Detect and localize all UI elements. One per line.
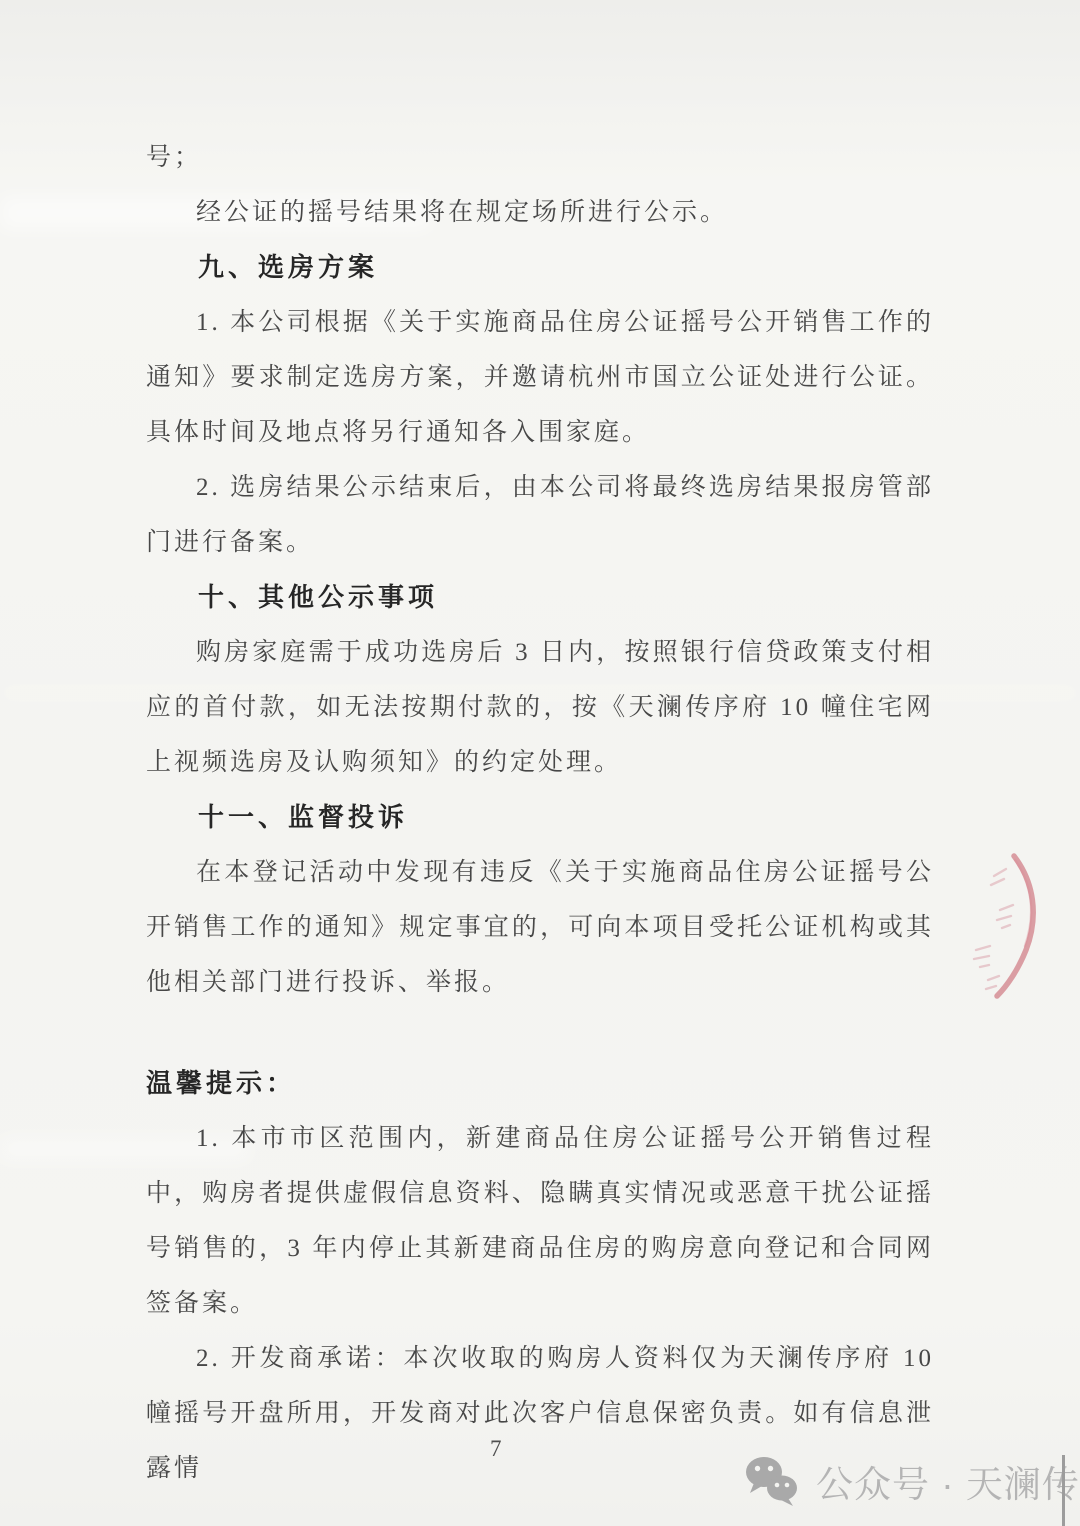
section-9-paragraph-1: 1. 本公司根据《关于实施商品住房公证摇号公开销售工作的通知》要求制定选房方案，… [146,295,934,460]
section-11-heading: 十一、监督投诉 [146,790,934,845]
document-page: 号； 经公证的摇号结果将在规定场所进行公示。 九、选房方案 1. 本公司根据《关… [0,0,1080,1526]
footer-edge-rule [1062,1455,1065,1526]
wechat-icon [744,1455,800,1507]
tips-heading: 温馨提示： [146,1056,934,1111]
section-11-paragraph-1: 在本登记活动中发现有违反《关于实施商品住房公证摇号公开销售工作的通知》规定事宜的… [146,845,934,1010]
notice-line: 经公证的摇号结果将在规定场所进行公示。 [146,185,934,240]
section-10-heading: 十、其他公示事项 [146,570,934,625]
red-stamp-arc [942,838,1066,1014]
section-10-paragraph-1: 购房家庭需于成功选房后 3 日内，按照银行信贷政策支付相应的首付款，如无法按期付… [146,625,934,790]
page-number: 7 [490,1436,502,1462]
section-9-paragraph-2: 2. 选房结果公示结束后，由本公司将最终选房结果报房管部门进行备案。 [146,460,934,570]
tips-block: 温馨提示： 1. 本市市区范围内，新建商品住房公证摇号公开销售过程中，购房者提供… [146,1056,934,1496]
footer-watermark: 公众号 · 天澜传序府 [744,1454,1080,1508]
section-9-heading: 九、选房方案 [146,240,934,295]
document-body: 号； 经公证的摇号结果将在规定场所进行公示。 九、选房方案 1. 本公司根据《关… [146,130,934,1496]
footer-watermark-label: 公众号 · 天澜传序府 [816,1454,1080,1508]
tips-item-1: 1. 本市市区范围内，新建商品住房公证摇号公开销售过程中，购房者提供虚假信息资料… [146,1111,934,1331]
continuation-line: 号； [146,130,934,185]
